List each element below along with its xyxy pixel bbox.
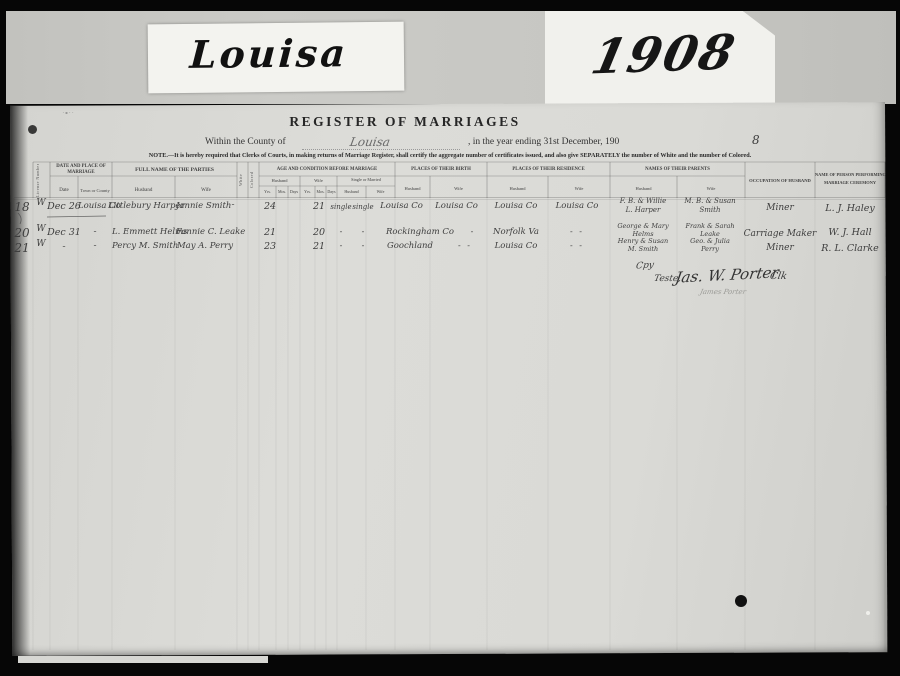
row2-occupation: Carriage Maker	[743, 229, 817, 239]
row3-parents-h1: Henry & Susan	[611, 237, 675, 245]
row3-w-cond: -	[352, 241, 374, 250]
header-sm-wife: Wife	[366, 190, 395, 195]
header-age-condition-group: AGE AND CONDITION BEFORE MARRIAGE	[259, 167, 395, 173]
row2-h-age: 21	[259, 227, 281, 238]
header-res-wife: Wife	[548, 186, 610, 191]
header-license-number: License Number	[35, 163, 49, 197]
row3-parents-w2: Perry	[678, 245, 742, 253]
corner-marks: · ⁎ · ·	[48, 110, 88, 116]
row1-h-cond: single	[330, 203, 352, 211]
header-town-county: Town or County	[78, 188, 112, 193]
row1-husband: Littlebury Harper	[108, 201, 176, 211]
row1-res-h: Louisa Co	[487, 201, 545, 211]
row3-minister: R. L. Clarke	[815, 243, 885, 254]
row3-h-cond: -	[330, 241, 352, 250]
row1-license-no: 18	[12, 200, 32, 214]
hole-punch-bottom	[735, 595, 747, 607]
year-digit-handwritten: 8	[752, 133, 760, 147]
header-name-wife: Wife	[175, 188, 237, 194]
row2-w-age: 20	[308, 227, 330, 238]
header-birth-wife: Wife	[430, 186, 487, 191]
header-h-mos: Mos.	[276, 190, 288, 195]
row1-date: Dec 26	[46, 201, 82, 212]
row1-occupation: Miner	[745, 203, 815, 213]
row1-birth-w: Louisa Co	[430, 201, 483, 211]
row2-date: Dec 31	[46, 227, 82, 238]
header-h-yrs: Yrs.	[259, 190, 276, 195]
row3-date: -	[46, 241, 82, 252]
header-w-days: Days	[326, 190, 337, 195]
header-full-name-group: FULL NAME OF THE PARTIES	[112, 167, 237, 173]
row1-h-age: 24	[259, 201, 281, 212]
county-handwritten: Louisa	[329, 135, 411, 149]
header-occupation: OCCUPATION OF HUSBAND	[745, 178, 815, 183]
header-w-mos: Mos.	[315, 190, 326, 195]
header-single-married: Single or Married	[337, 178, 395, 183]
row1-parents-w1: M. B. & Susan	[678, 197, 742, 205]
row1-minister: L. J. Haley	[815, 203, 885, 214]
row3-h-age: 23	[259, 241, 281, 252]
header-date: Date	[50, 188, 78, 194]
header-name-husband: Husband	[112, 188, 175, 194]
row2-minister: W. J. Hall	[815, 227, 885, 238]
header-res-husband: Husband	[487, 186, 548, 191]
header-colored: Colored	[249, 164, 258, 196]
hole-punch-top	[28, 125, 37, 134]
county-line-suffix: , in the year ending 31st December, 190	[468, 137, 619, 147]
attestation-faint-name: James Porter	[699, 288, 747, 296]
header-date-place-group: DATE AND PLACE OF MARRIAGE	[50, 164, 112, 175]
header-parents-group: NAMES OF THEIR PARENTS	[610, 167, 745, 173]
row3-birth-h: Goochland	[375, 241, 445, 251]
row2-birth-w: -	[460, 227, 484, 236]
header-parents-wife: Wife	[677, 186, 745, 191]
year-tab-label: 1908	[586, 25, 741, 86]
row2-res-w: - -	[548, 227, 606, 236]
row2-town: -	[78, 227, 112, 237]
county-line-prefix: Within the County of	[205, 137, 286, 147]
row3-parents-w1: Geo. & Julia	[678, 237, 742, 245]
row1-tick: -	[228, 200, 238, 210]
header-minister-2: MARRIAGE CEREMONY	[815, 180, 885, 185]
county-tab-label: Louisa	[189, 30, 350, 77]
row3-husband: Percy M. Smith	[112, 241, 176, 251]
page-title: REGISTER OF MARRIAGES	[250, 114, 560, 130]
row3-res-w: - -	[548, 241, 606, 250]
row1-parents-w2: Smith	[678, 206, 742, 214]
header-w-yrs: Yrs.	[300, 190, 315, 195]
row2-parents-w1: Frank & Sarah	[678, 222, 742, 230]
county-index-tab: Louisa	[148, 22, 405, 94]
row3-wife: May A. Perry	[176, 241, 234, 251]
header-age-husband: Husband	[259, 178, 300, 183]
row2-license-no: 20	[12, 226, 32, 240]
county-blank-line	[302, 149, 460, 150]
row3-w-age: 21	[308, 241, 330, 252]
header-parents-husband: Husband	[610, 186, 677, 191]
header-minister-1: NAME OF PERSON PERFORMING	[815, 172, 885, 177]
row2-w-cond: -	[352, 227, 374, 236]
header-age-wife: Wife	[300, 178, 337, 183]
row2-wife: Fannie C. Leake	[176, 227, 234, 237]
header-h-days: Days	[288, 190, 300, 195]
header-birth-group: PLACES OF THEIR BIRTH	[395, 167, 487, 173]
paper-speck	[866, 611, 870, 615]
torn-edge	[10, 106, 30, 656]
attestation-clerk: Clk	[769, 271, 788, 282]
row2-h-cond: -	[330, 227, 352, 236]
row1-w-age: 21	[308, 201, 330, 212]
header-residence-group: PLACES OF THEIR RESIDENCE	[487, 167, 610, 173]
under-sheet-strip	[18, 656, 268, 663]
row1-parents-h1: F. B. & Willie	[611, 197, 675, 205]
attestation-copy: Cpy	[635, 260, 654, 271]
header-sm-husband: Husband	[337, 190, 366, 195]
row3-birth-w: - -	[445, 241, 485, 250]
row1-res-w: Louisa Co	[548, 201, 606, 211]
row2-birth-h: Rockingham Co	[375, 227, 465, 237]
row1-town: Louisa Co	[78, 201, 112, 211]
scanned-document: Louisa 1908 · ⁎ · · REGISTER OF MARRIAGE…	[0, 0, 900, 676]
row1-birth-h: Louisa Co	[373, 201, 430, 211]
row3-res-h: Louisa Co	[487, 241, 545, 251]
row1-w-cond: single	[352, 203, 374, 211]
row3-town: -	[78, 241, 112, 251]
row1-wife: Jannie Smith	[176, 201, 228, 211]
year-index-tab: 1908	[545, 11, 775, 105]
row2-husband: L. Emmett Helms	[112, 227, 176, 237]
row3-occupation: Miner	[745, 243, 815, 253]
header-birth-husband: Husband	[395, 186, 430, 191]
row2-res-h: Norfolk Va	[487, 227, 545, 237]
row2-parents-h1: George & Mary	[611, 222, 675, 230]
header-white: White	[238, 164, 247, 196]
row3-license-no: 21	[12, 241, 32, 255]
note-line: NOTE.—It is hereby required that Clerks …	[45, 152, 855, 159]
row1-parents-h2: L. Harper	[611, 206, 675, 214]
row3-parents-h2: M. Smith	[611, 245, 675, 253]
